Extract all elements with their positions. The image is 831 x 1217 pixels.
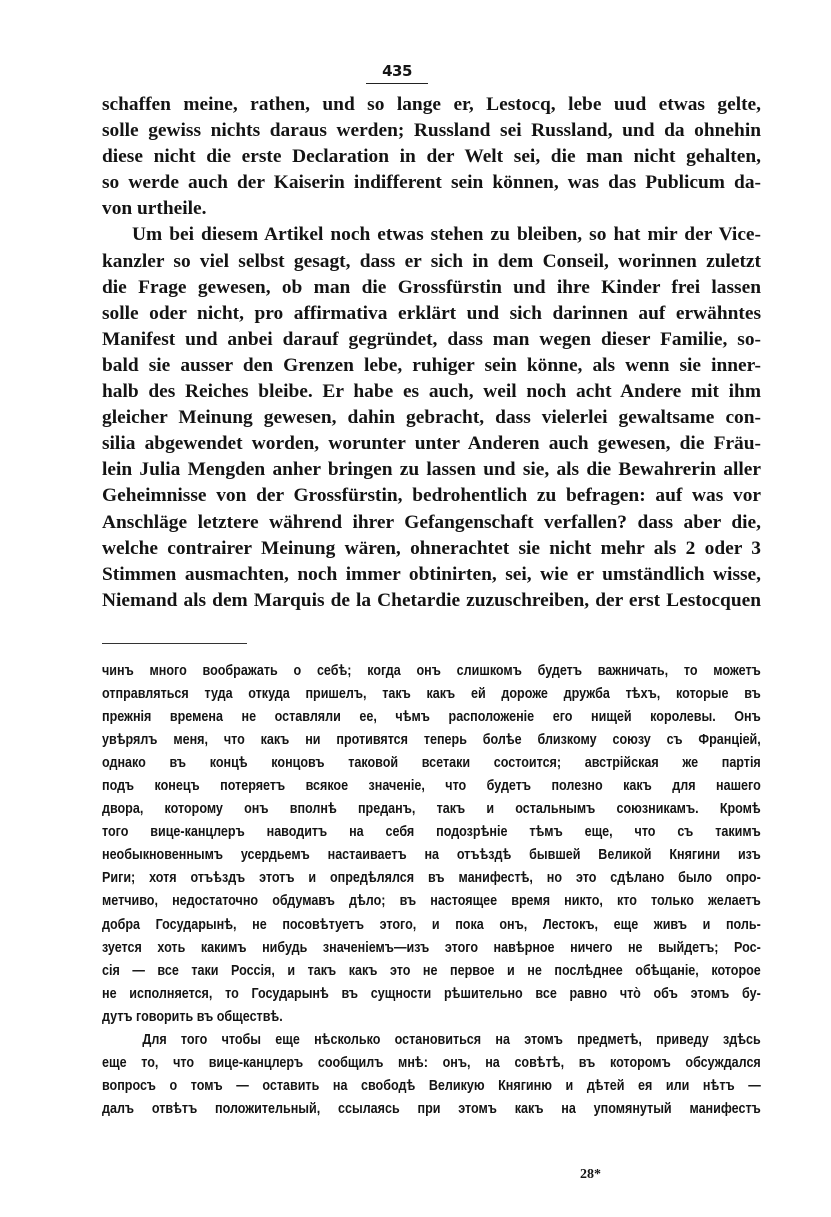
- footnote-line: Риги; хотя отъѣздъ этотъ и опредѣлялся в…: [102, 867, 761, 890]
- main-text-body: schaffen meine, rathen, und so lange er,…: [102, 92, 761, 614]
- text-line: Geheimnisse von der Grossfürstin, bedroh…: [102, 483, 761, 509]
- footnote-paragraph: чинъ много воображать о себѣ; когда онъ …: [102, 660, 761, 1029]
- text-line: Stimmen ausmachten, noch immer obtinirte…: [102, 562, 761, 588]
- text-line: gleicher Meinung gewesen, dahin gebracht…: [102, 405, 761, 431]
- text-line: bald sie ausser den Grenzen lebe, ruhige…: [102, 353, 761, 379]
- text-line: Anschläge letztere während ihrer Gefange…: [102, 510, 761, 536]
- text-line: lein Julia Mengden anher bringen zu lass…: [102, 457, 761, 483]
- text-line: halb des Reiches bleibe. Er habe es auch…: [102, 379, 761, 405]
- paragraph: Um bei diesem Artikel noch etwas stehen …: [102, 222, 761, 613]
- footnote-line: метчиво, недостаточно обдумавъ дѣло; въ …: [102, 890, 761, 913]
- footnote-line: подъ конецъ потеряетъ всякое значеніе, ч…: [102, 775, 761, 798]
- footnote-line: того вице-канцлеръ наводитъ на себя подо…: [102, 821, 761, 844]
- text-line: Um bei diesem Artikel noch etwas stehen …: [102, 222, 761, 248]
- text-line: silia abgewendet worden, worunter unter …: [102, 431, 761, 457]
- signature-mark: 28*: [580, 1167, 601, 1183]
- text-line: kanzler so viel selbst gesagt, dass er s…: [102, 249, 761, 275]
- text-line: welche contrairer Meinung wären, ohnerac…: [102, 536, 761, 562]
- footnote-line: не исполняется, то Государынѣ въ сущност…: [102, 983, 761, 1006]
- footnote-line: необыкновеннымъ усердьемъ настаиваетъ на…: [102, 844, 761, 867]
- header-rule: [366, 83, 428, 84]
- text-line: so werde auch der Kaiserin indifferent s…: [102, 170, 761, 196]
- text-line: diese nicht die erste Declaration in der…: [102, 144, 761, 170]
- footnote-line: однако въ концѣ концовъ таковой всетаки …: [102, 752, 761, 775]
- text-line: Manifest und anbei darauf gegründet, das…: [102, 327, 761, 353]
- text-line: Niemand als dem Marquis de la Chetardie …: [102, 588, 761, 614]
- footnote-body: чинъ много воображать о себѣ; когда онъ …: [102, 660, 761, 1121]
- text-line: solle oder nicht, pro affirmativa erklär…: [102, 301, 761, 327]
- footnote-line: отправляться туда откуда пришелъ, такъ к…: [102, 683, 761, 706]
- footnote-line: далъ отвѣтъ положительный, ссылаясь при …: [102, 1098, 761, 1121]
- footnote-separator-rule: [102, 643, 247, 644]
- footnote-line: зуется хоть какимъ нибудь значеніемъ—изъ…: [102, 937, 761, 960]
- footnote-line: двора, которому онъ вполнѣ преданъ, такъ…: [102, 798, 761, 821]
- footnote-line: Для того чтобы еще нѣсколько остановитьс…: [102, 1029, 761, 1052]
- footnote-line: чинъ много воображать о себѣ; когда онъ …: [102, 660, 761, 683]
- footnote-line: вопросъ о томъ — оставить на свободѣ Вел…: [102, 1075, 761, 1098]
- text-line: solle gewiss nichts daraus werden; Russl…: [102, 118, 761, 144]
- footnote-line: увѣрялъ меня, что какъ ни противятся теп…: [102, 729, 761, 752]
- text-line: von urtheile.: [102, 196, 761, 222]
- footnote-line: еще то, что вице-канцлеръ сообщилъ мнѣ: …: [102, 1052, 761, 1075]
- footnote-paragraph: Для того чтобы еще нѣсколько остановитьс…: [102, 1029, 761, 1121]
- footnote-line: сія — все таки Россія, и такъ какъ это н…: [102, 960, 761, 983]
- footnote-line: добра Государынѣ, не посовѣтуетъ этого, …: [102, 914, 761, 937]
- footnote-line: дутъ говорить въ обществѣ.: [102, 1006, 761, 1029]
- text-line: schaffen meine, rathen, und so lange er,…: [102, 92, 761, 118]
- page-header: 435: [366, 62, 428, 84]
- paragraph: schaffen meine, rathen, und so lange er,…: [102, 92, 761, 222]
- text-line: die Frage gewesen, ob man die Grossfürst…: [102, 275, 761, 301]
- footnote-line: прежнія времена не оставляли ее, чѣмъ ра…: [102, 706, 761, 729]
- page-number: 435: [366, 62, 428, 80]
